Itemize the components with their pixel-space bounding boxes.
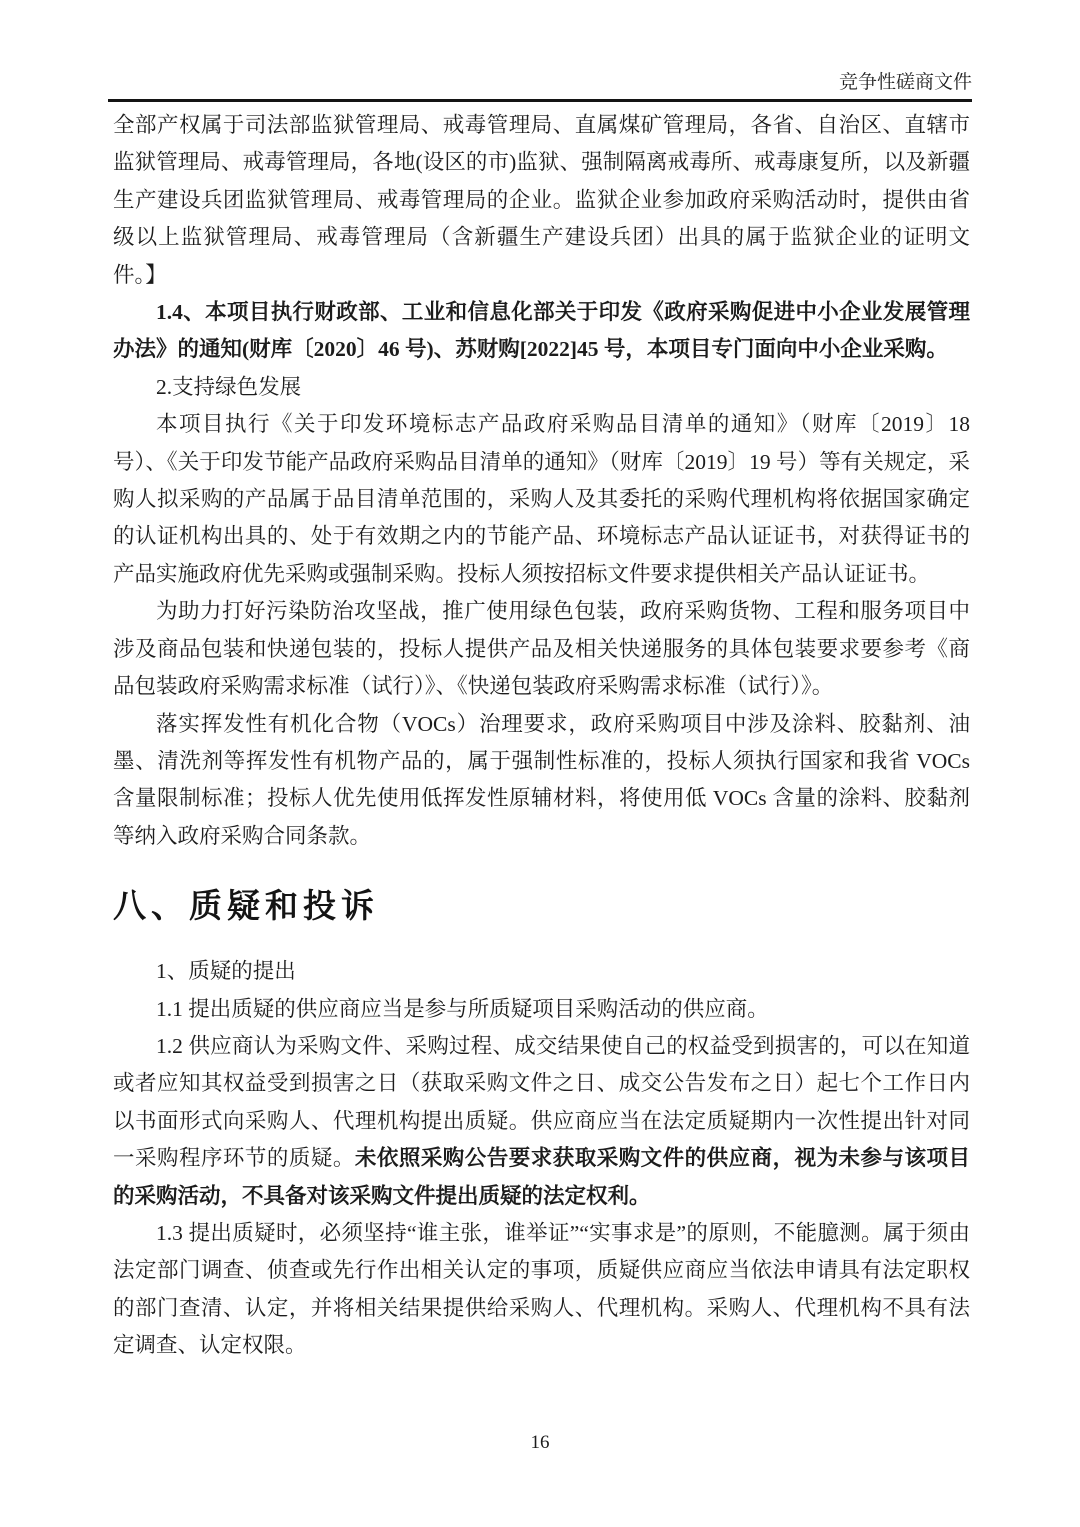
page-header: 竞争性磋商文件 bbox=[108, 70, 972, 102]
page-number: 16 bbox=[531, 1432, 550, 1453]
paragraph-1-2-inquiry-deadline: 1.2 供应商认为采购文件、采购过程、成交结果使自己的权益受到损害的，可以在知道… bbox=[113, 1028, 970, 1215]
list-item-2-green-development: 2.支持绿色发展 bbox=[113, 369, 970, 406]
paragraph-green-product-lists: 本项目执行《关于印发环境标志产品政府采购品目清单的通知》（财库〔2019〕18 … bbox=[113, 406, 970, 593]
section-heading-inquiry-and-complaint: 八、质疑和投诉 bbox=[113, 884, 970, 928]
list-item-1-raising-inquiry: 1、质疑的提出 bbox=[113, 953, 970, 990]
document-page: 竞争性磋商文件 全部产权属于司法部监狱管理局、戒毒管理局、直属煤矿管理局，各省、… bbox=[0, 0, 1080, 1527]
paragraph-green-packaging: 为助力打好污染防治攻坚战，推广使用绿色包装，政府采购货物、工程和服务项目中涉及商… bbox=[113, 593, 970, 705]
paragraph-1-1-inquiry-supplier: 1.1 提出质疑的供应商应当是参与所质疑项目采购活动的供应商。 bbox=[113, 991, 970, 1028]
paragraph-1-4-sme-policy: 1.4、本项目执行财政部、工业和信息化部关于印发《政府采购促进中小企业发展管理办… bbox=[113, 294, 970, 369]
page-footer: 16 bbox=[0, 1431, 1080, 1455]
document-body: 全部产权属于司法部监狱管理局、戒毒管理局、直属煤矿管理局，各省、自治区、直辖市监… bbox=[113, 107, 970, 1365]
header-title: 竞争性磋商文件 bbox=[839, 72, 972, 93]
paragraph-prison-enterprises-continuation: 全部产权属于司法部监狱管理局、戒毒管理局、直属煤矿管理局，各省、自治区、直辖市监… bbox=[113, 107, 970, 294]
paragraph-vocs-requirements: 落实挥发性有机化合物（VOCs）治理要求，政府采购项目中涉及涂料、胶黏剂、油墨、… bbox=[113, 706, 970, 856]
paragraph-1-3-inquiry-principles: 1.3 提出质疑时，必须坚持“谁主张，谁举证”“实事求是”的原则，不能臆测。属于… bbox=[113, 1215, 970, 1365]
